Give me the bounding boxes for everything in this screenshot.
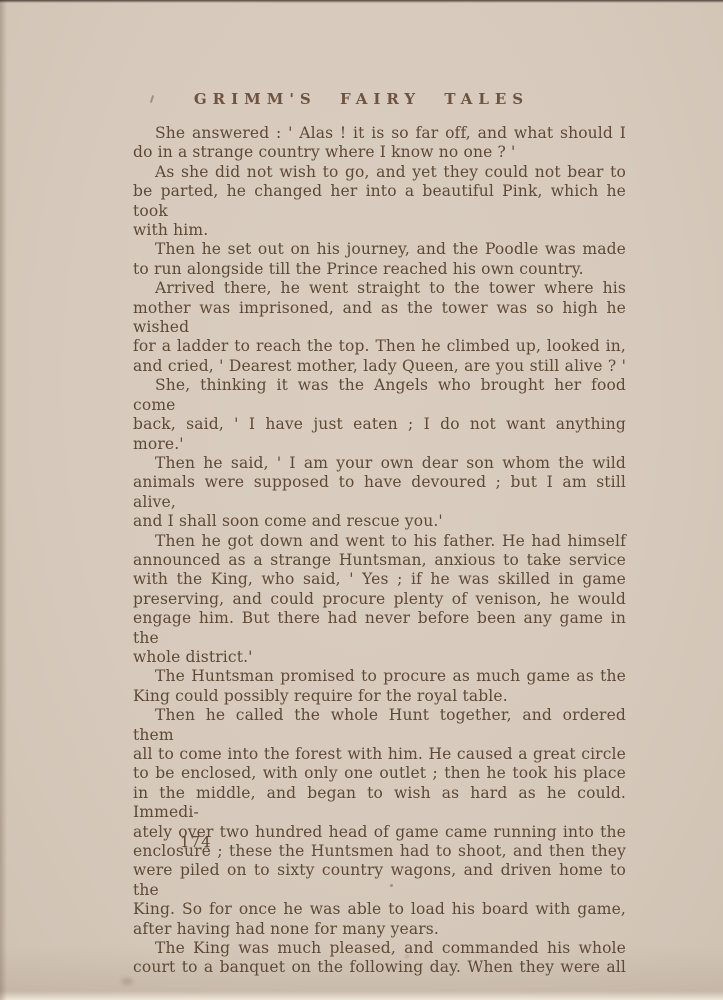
text-line: and cried, ' Dearest mother, lady Queen,… <box>133 357 626 376</box>
text-line: to run alongside till the Prince reached… <box>133 260 626 279</box>
text-line: more.' <box>133 435 626 454</box>
text-line: She answered : ' Alas ! it is so far off… <box>133 124 626 143</box>
text-line: in the middle, and began to wish as hard… <box>133 784 626 823</box>
text-line: were piled on to sixty country wagons, a… <box>133 861 626 900</box>
page-number: 174 <box>180 833 212 851</box>
text-line: Then he got down and went to his father.… <box>133 532 626 551</box>
text-line: back, said, ' I have just eaten ; I do n… <box>133 415 626 434</box>
text-line: and I shall soon come and rescue you.' <box>133 512 626 531</box>
text-line: Arrived there, he went straight to the t… <box>133 279 626 298</box>
running-head: GRIMM'S FAIRY TALES <box>0 90 723 108</box>
text-line: court to a banquet on the following day.… <box>133 958 626 977</box>
text-line: Then he set out on his journey, and the … <box>133 240 626 259</box>
text-line: King. So for once he was able to load hi… <box>133 900 626 919</box>
text-line: engage him. But there had never before b… <box>133 609 626 648</box>
text-line: Then he called the whole Hunt together, … <box>133 706 626 745</box>
text-line: whole district.' <box>133 648 626 667</box>
text-line: all to come into the forest with him. He… <box>133 745 626 764</box>
text-line: The Huntsman promised to procure as much… <box>133 667 626 686</box>
text-line: animals were supposed to have devoured ;… <box>133 473 626 512</box>
scan-speck <box>405 955 409 958</box>
text-line: mother was imprisoned, and as the tower … <box>133 299 626 338</box>
text-line: to be enclosed, with only one outlet ; t… <box>133 764 626 783</box>
text-line: for a ladder to reach the top. Then he c… <box>133 337 626 356</box>
scan-smudge <box>121 978 133 985</box>
text-line: As she did not wish to go, and yet they … <box>133 163 626 182</box>
text-line: with him. <box>133 221 626 240</box>
text-line: The King was much pleased, and commanded… <box>133 939 626 958</box>
text-line: She, thinking it was the Angels who brou… <box>133 376 626 415</box>
text-line: preserving, and could procure plenty of … <box>133 590 626 609</box>
text-line: with the King, who said, ' Yes ; if he w… <box>133 570 626 589</box>
text-line: do in a strange country where I know no … <box>133 143 626 162</box>
book-page: GRIMM'S FAIRY TALES She answered : ' Ala… <box>0 0 723 1000</box>
text-line: Then he said, ' I am your own dear son w… <box>133 454 626 473</box>
text-line: King could possibly require for the roya… <box>133 687 626 706</box>
scan-speck <box>390 884 393 887</box>
text-line: announced as a strange Huntsman, anxious… <box>133 551 626 570</box>
text-line: after having had none for many years. <box>133 920 626 939</box>
text-line: be parted, he changed her into a beautif… <box>133 182 626 221</box>
